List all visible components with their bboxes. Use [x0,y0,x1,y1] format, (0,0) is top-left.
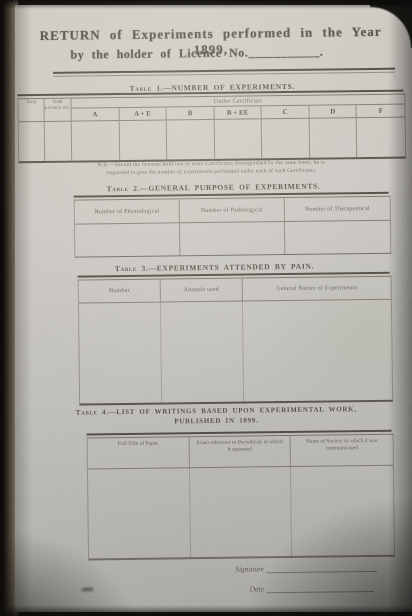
table3-empty-cell [161,302,244,403]
page-corner-fold-shadow [370,0,412,48]
table2-col-therapeutical: Number of Therapeutical [285,197,390,222]
table4-caption-line2: PUBLISHED IN 1899. [41,415,391,427]
date-label: Date [249,584,264,593]
table2-col-physiological: Number of Physiological [75,199,180,224]
table1-row-label-licence: Total Licence, etc. [44,99,71,122]
page-content: RETURN of Experiments performed in the Y… [0,0,412,616]
table3-empty-cell [79,303,162,404]
table-4-list-of-writings: Full Title of Paper Exact reference to P… [87,434,395,561]
signature-label: Signature [235,564,264,573]
signature-blank-line [266,563,377,573]
table1-empty-cell [72,121,120,161]
table2-empty-cell [180,222,285,255]
table3-empty-cell [243,300,392,402]
photo-of-document: RETURN of Experiments performed in the Y… [0,0,412,616]
table4-empty-cell [190,467,293,557]
table2-empty-cell [285,221,390,254]
table-2-general-purpose: Number of Physiological Number of Pathol… [74,196,392,258]
date-blank-line [266,583,374,593]
table1-empty-cell [45,122,72,161]
table1-row-label-total: Total [18,99,44,122]
table1-col-b: B [167,107,215,121]
table1-col-d: D [309,105,357,119]
table1-col-f: F [357,105,405,119]
table-1-number-of-experiments: Total Total Licence, etc. Under Certific… [17,94,406,164]
table3-col-general-nature: General Nature of Experiments [243,277,391,302]
table1-empty-cell [310,118,358,158]
table1-empty-cell [214,119,262,159]
table3-col-animals-used: Animals used [161,279,243,303]
table3-col-number: Number [79,280,161,304]
table4-col-full-title: Full Title of Paper [88,437,190,469]
table1-col-b-ee: B + EE [214,106,262,120]
table1-empty-cell [167,120,215,160]
table2-col-pathological: Number of Pathological [180,198,285,223]
signature-row: Signature [235,563,377,574]
table1-empty-cell [19,122,45,161]
table-3-experiments-attended-by-pain: Number Animals used General Nature of Ex… [78,276,394,406]
ink-smudge [81,587,93,591]
date-row: Date [249,583,373,594]
table1-col-a: A [72,108,120,122]
table4-col-reference: Exact reference to Periodicals in which … [189,436,291,468]
table4-empty-cell [291,466,394,556]
table2-empty-cell [75,223,180,256]
table1-col-a-e: A + E [119,107,167,121]
table4-col-society: Name of Society to which it was communic… [291,435,393,467]
table1-empty-cell [119,120,167,160]
table4-empty-cell [88,468,191,558]
table1-col-c: C [262,106,310,120]
table1-empty-cell [357,118,405,158]
table1-empty-cell [262,119,310,159]
document-title-line2: by the holder of Licence No.___________. [27,44,367,63]
